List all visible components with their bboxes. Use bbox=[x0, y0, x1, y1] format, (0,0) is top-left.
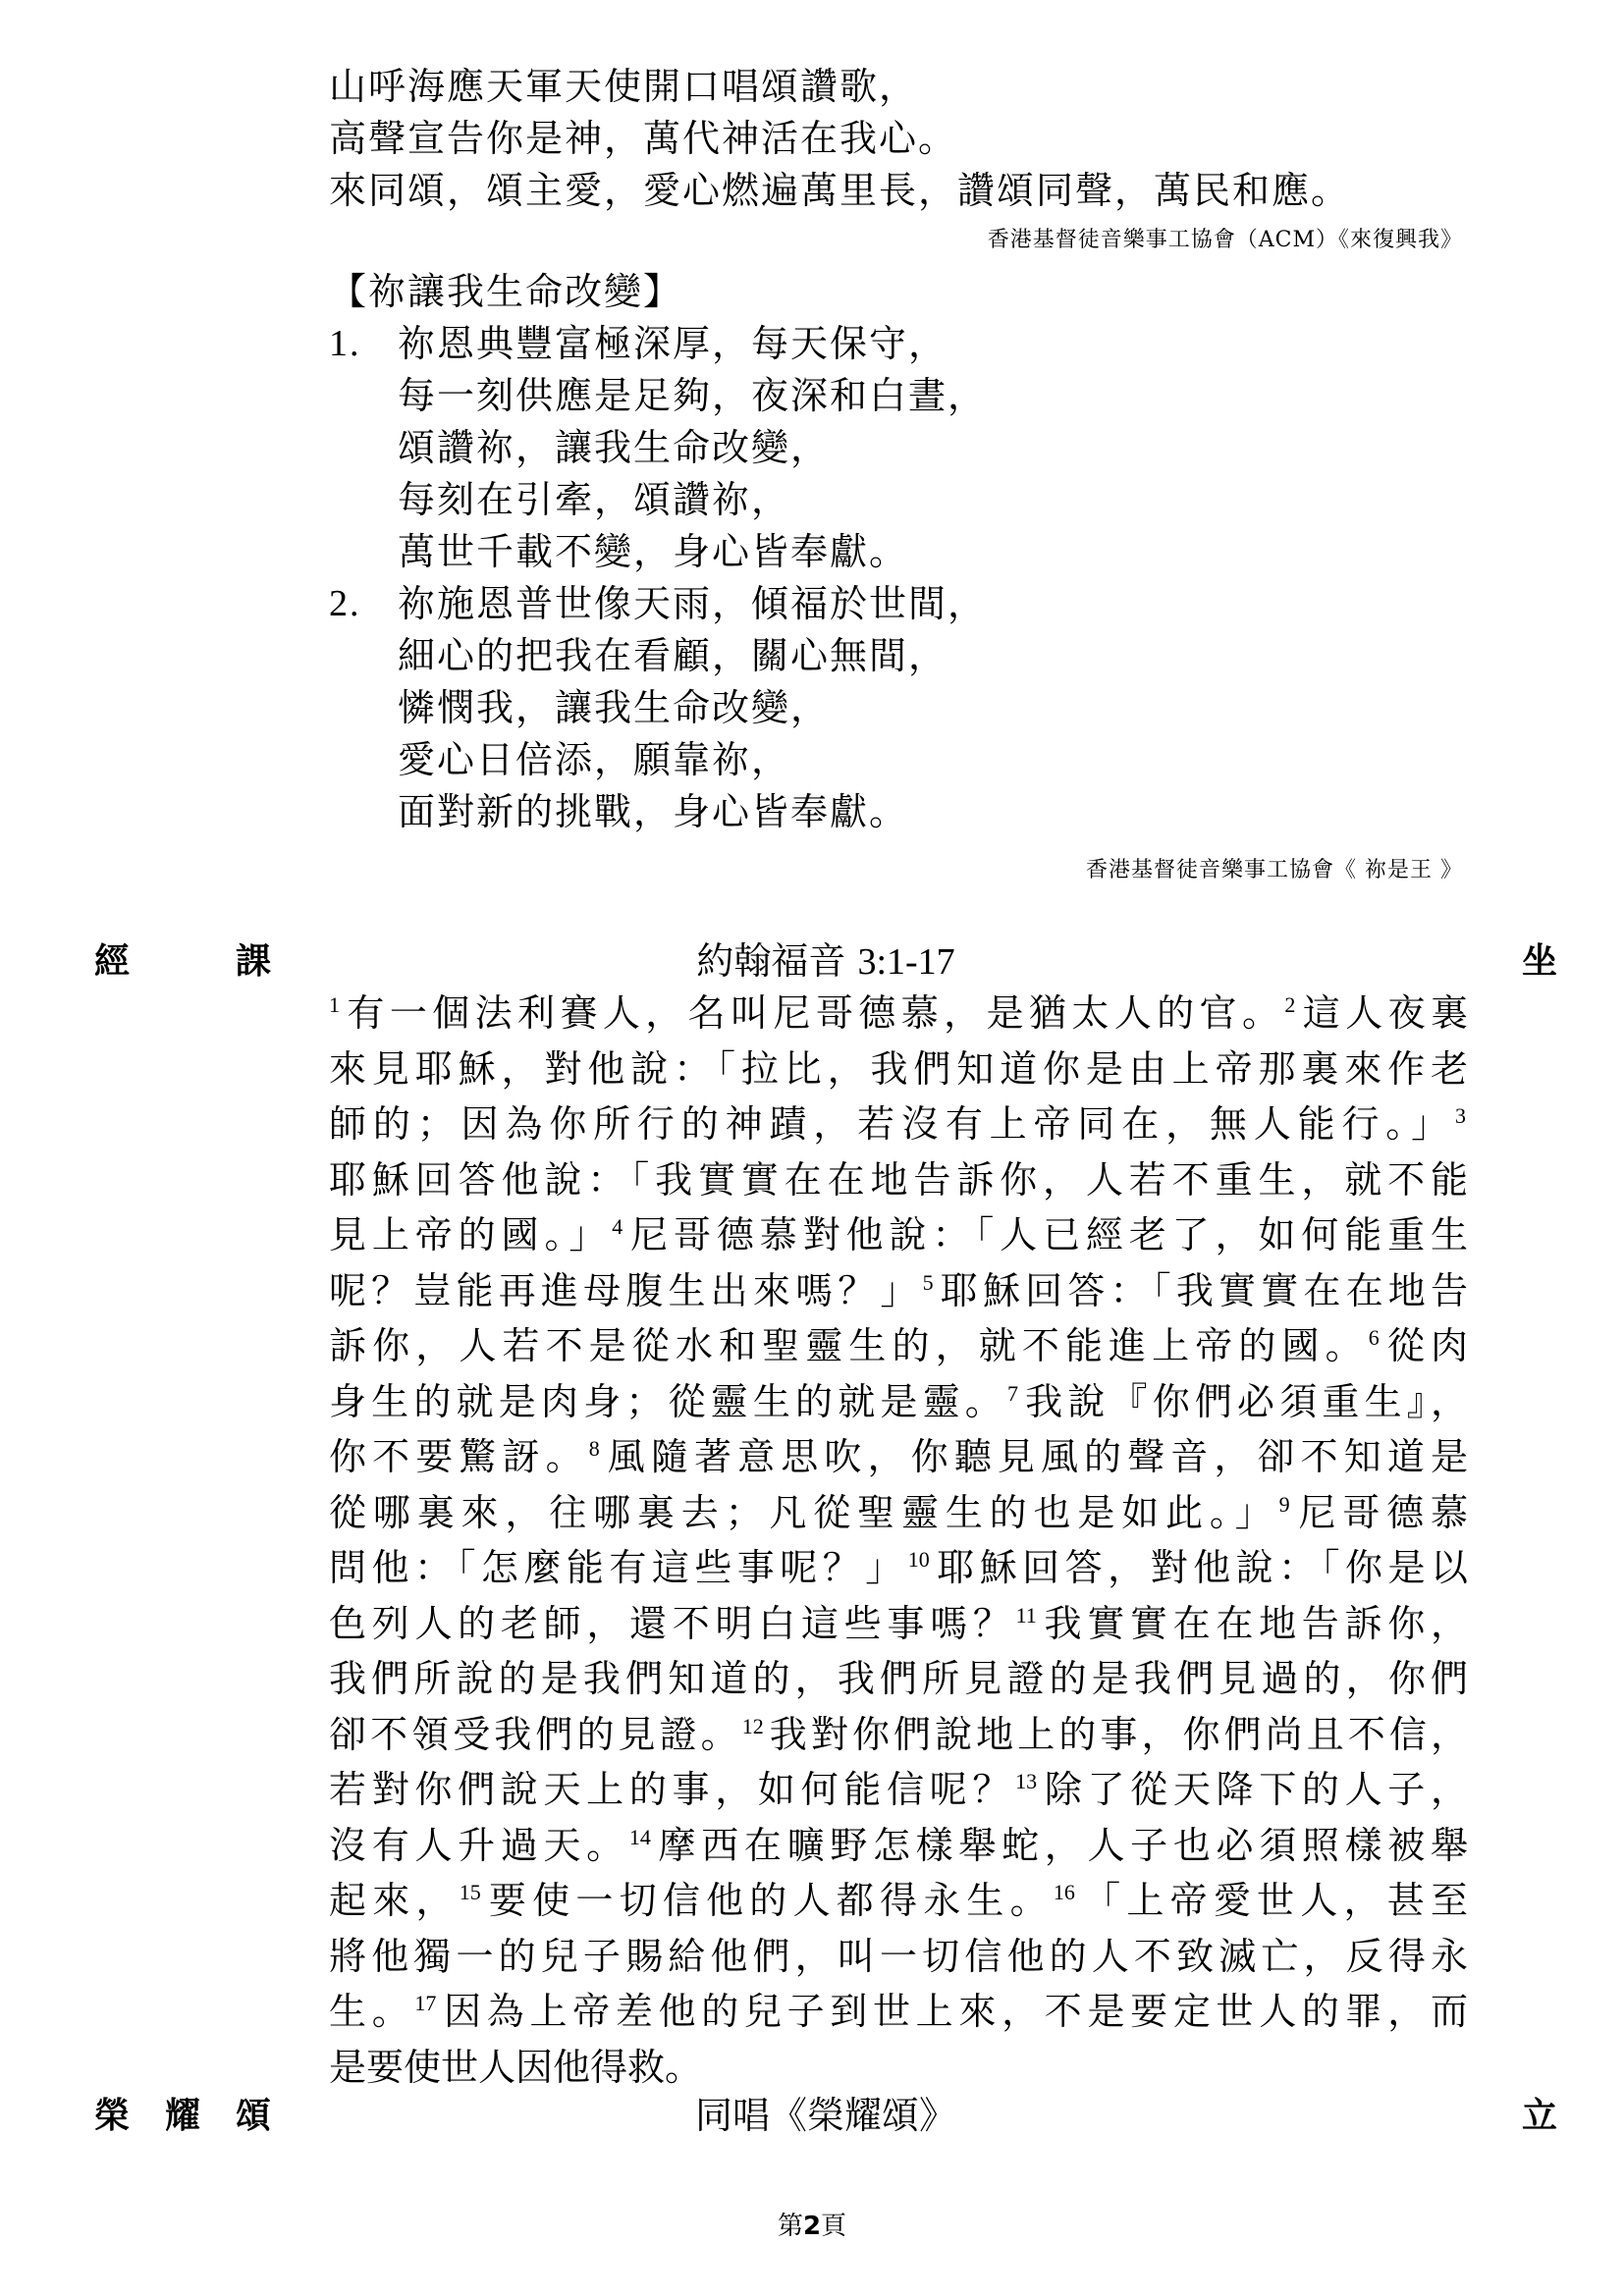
hymn-line: 山呼海應天軍天使開口唱頌讚歌， bbox=[329, 61, 1468, 113]
verse-text: 師的；因為你所行的神蹟，若沒有上帝同在，無人能行。」 bbox=[329, 1102, 1455, 1146]
verse-text: 是要使世人因他得救。 bbox=[329, 2046, 702, 2089]
verse-text: 這人夜裏 bbox=[1297, 991, 1468, 1035]
gloria-instruction: 同唱《榮耀頌》 bbox=[94, 2089, 1557, 2142]
verse-text: 耶穌回答，對他說：「你是以 bbox=[932, 1546, 1468, 1589]
verse-text: 訴你，人若不是從水和聖靈生的，就不能進上帝的國。 bbox=[329, 1324, 1369, 1367]
verse-1: 1. 祢恩典豐富極深厚，每天保守， 每一刻供應是足夠，夜深和白晝， 頌讚祢，讓我… bbox=[329, 318, 1409, 578]
reference-chapter-verse: 3:1-17 bbox=[857, 941, 954, 983]
verse-number: 10 bbox=[908, 1547, 930, 1572]
verse-text: 耶穌回答他說：「我實實在在地告訴你，人若不重生，就不能 bbox=[329, 1158, 1468, 1201]
verse-number: 17 bbox=[414, 1991, 436, 2015]
verse-line: 每刻在引牽，頌讚祢， bbox=[398, 474, 790, 526]
scripture-line: 見上帝的國。」4尼哥德慕對他說：「人已經老了，如何能重生 bbox=[329, 1207, 1468, 1263]
verse-line: 祢施恩普世像天雨，傾福於世間， bbox=[398, 578, 987, 630]
scripture-line: 若對你們說天上的事，如何能信呢？13除了從天降下的人子， bbox=[329, 1762, 1468, 1818]
hymn-line: 來同頌，頌主愛，愛心燃遍萬里長，讚頌同聲，萬民和應。 bbox=[329, 165, 1468, 217]
song-title: 【祢讓我生命改變】 bbox=[329, 267, 682, 316]
verse-number: 6 bbox=[1369, 1325, 1380, 1350]
gloria-header: 榮 耀 頌 同唱《榮耀頌》 立 bbox=[94, 2089, 1557, 2142]
page-suffix: 頁 bbox=[821, 2212, 846, 2241]
verse-number: 1. bbox=[329, 318, 361, 370]
hymn-lyrics-top: 山呼海應天軍天使開口唱頌讚歌， 高聲宣告你是神，萬代神活在我心。 來同頌，頌主愛… bbox=[329, 61, 1468, 217]
verse-text: 我們所說的是我們知道的，我們所見證的是我們見過的，你們 bbox=[329, 1657, 1468, 1700]
scripture-line: 1有一個法利賽人，名叫尼哥德慕，是猶太人的官。2這人夜裏 bbox=[329, 986, 1468, 1041]
verse-line: 祢恩典豐富極深厚，每天保守， bbox=[398, 318, 947, 370]
hymn-credit-second: 香港基督徒音樂事工協會《 祢是王 》 bbox=[1086, 856, 1463, 885]
scripture-line: 問他：「怎麼能有這些事呢？」10耶穌回答，對他說：「你是以 bbox=[329, 1540, 1468, 1596]
verse-text: 問他：「怎麼能有這些事呢？」 bbox=[329, 1546, 908, 1589]
verse-text: 卻不領受我們的見證。 bbox=[329, 1713, 742, 1756]
verse-text: 摩西在曠野怎樣舉蛇，人子也必須照樣被舉 bbox=[653, 1824, 1468, 1867]
scripture-line: 師的；因為你所行的神蹟，若沒有上帝同在，無人能行。」3 bbox=[329, 1096, 1468, 1152]
scripture-line: 從哪裏來，往哪裏去；凡從聖靈生的也是如此。」9尼哥德慕 bbox=[329, 1485, 1468, 1541]
verse-text: 要使一切信他的人都得永生。 bbox=[483, 1879, 1054, 1922]
verse-text: 若對你們說天上的事，如何能信呢？ bbox=[329, 1768, 1015, 1811]
page-footer: 第2頁 bbox=[0, 2209, 1624, 2244]
verse-line: 頌讚祢，讓我生命改變， bbox=[398, 422, 830, 474]
verse-text: 「上帝愛世人，甚至 bbox=[1077, 1879, 1468, 1922]
verse-text: 身生的就是肉身；從靈生的就是靈。 bbox=[329, 1380, 1007, 1423]
verse-text: 有一個法利賽人，名叫尼哥德慕，是猶太人的官。 bbox=[342, 991, 1284, 1035]
scripture-line: 是要使世人因他得救。 bbox=[329, 2040, 1468, 2096]
verse-number: 2 bbox=[1284, 992, 1295, 1017]
verse-text: 我實實在在地告訴你， bbox=[1039, 1602, 1468, 1645]
verse-text: 因為上帝差他的兒子到世上來，不是要定世人的罪，而 bbox=[438, 1990, 1468, 2033]
verse-number: 13 bbox=[1015, 1769, 1037, 1793]
scripture-line: 色列人的老師，還不明白這些事嗎？11我實實在在地告訴你， bbox=[329, 1596, 1468, 1652]
verse-text: 生。 bbox=[329, 1990, 414, 2033]
page-number: 2 bbox=[803, 2212, 821, 2241]
verse-text: 見上帝的國。」 bbox=[329, 1213, 612, 1256]
verse-number: 2. bbox=[329, 578, 361, 630]
verse-number: 16 bbox=[1054, 1880, 1075, 1904]
scripture-line: 來見耶穌，對他說：「拉比，我們知道你是由上帝那裏來作老 bbox=[329, 1041, 1468, 1097]
verse-line: 愛心日倍添，願靠祢， bbox=[398, 734, 790, 786]
page-prefix: 第 bbox=[778, 2212, 803, 2241]
verse-text: 我說『你們必須重生』， bbox=[1020, 1380, 1468, 1423]
posture-indicator: 坐 bbox=[1522, 934, 1557, 988]
scripture-line: 耶穌回答他說：「我實實在在地告訴你，人若不重生，就不能 bbox=[329, 1152, 1468, 1208]
verse-text: 將他獨一的兒子賜給他們，叫一切信他的人不致滅亡，反得永 bbox=[329, 1935, 1468, 1978]
verse-number: 5 bbox=[923, 1270, 934, 1295]
verse-text: 尼哥德慕對他說：「人已經老了，如何能重生 bbox=[624, 1213, 1468, 1256]
reference-book: 約翰福音 bbox=[696, 939, 857, 983]
scripture-reading-header: 經 課 約翰福音 3:1-17 坐 bbox=[94, 934, 1557, 988]
scripture-line: 訴你，人若不是從水和聖靈生的，就不能進上帝的國。6從肉 bbox=[329, 1318, 1468, 1374]
verse-text: 呢？豈能再進母腹生出來嗎？」 bbox=[329, 1269, 923, 1312]
verse-2: 2. 祢施恩普世像天雨，傾福於世間， 細心的把我在看顧，關心無間， 憐憫我，讓我… bbox=[329, 578, 1409, 838]
verse-text: 起來， bbox=[329, 1879, 460, 1922]
scripture-line: 將他獨一的兒子賜給他們，叫一切信他的人不致滅亡，反得永 bbox=[329, 1929, 1468, 1985]
verse-text: 沒有人升過天。 bbox=[329, 1824, 629, 1867]
verse-number: 8 bbox=[589, 1436, 600, 1461]
verse-text: 我對你們說地上的事，你們尚且不信， bbox=[766, 1713, 1468, 1756]
verse-line: 憐憫我，讓我生命改變， bbox=[398, 682, 830, 734]
verse-line: 萬世千載不變，身心皆奉獻。 bbox=[398, 526, 908, 578]
scripture-line: 沒有人升過天。14摩西在曠野怎樣舉蛇，人子也必須照樣被舉 bbox=[329, 1818, 1468, 1874]
verse-line: 每一刻供應是足夠，夜深和白晝， bbox=[398, 370, 987, 422]
scripture-text: 1有一個法利賽人，名叫尼哥德慕，是猶太人的官。2這人夜裏來見耶穌，對他說：「拉比… bbox=[329, 986, 1468, 2095]
verse-number: 11 bbox=[1016, 1603, 1037, 1628]
verse-number: 9 bbox=[1279, 1492, 1290, 1517]
hymn-line: 高聲宣告你是神，萬代神活在我心。 bbox=[329, 113, 1468, 165]
scripture-line: 身生的就是肉身；從靈生的就是靈。7我說『你們必須重生』， bbox=[329, 1374, 1468, 1430]
verse-number: 1 bbox=[329, 992, 340, 1017]
verse-text: 從哪裏來，往哪裏去；凡從聖靈生的也是如此。」 bbox=[329, 1491, 1279, 1534]
verse-number: 15 bbox=[460, 1880, 481, 1904]
verse-text: 除了從天降下的人子， bbox=[1039, 1768, 1468, 1811]
verse-line: 細心的把我在看顧，關心無間， bbox=[398, 630, 947, 682]
scripture-line: 我們所說的是我們知道的，我們所見證的是我們見過的，你們 bbox=[329, 1651, 1468, 1707]
verse-number: 3 bbox=[1455, 1103, 1466, 1128]
verse-number: 4 bbox=[612, 1214, 623, 1239]
bulletin-page: 山呼海應天軍天使開口唱頌讚歌， 高聲宣告你是神，萬代神活在我心。 來同頌，頌主愛… bbox=[0, 0, 1624, 2296]
scripture-line: 你不要驚訝。8風隨著意思吹，你聽見風的聲音，卻不知道是 bbox=[329, 1429, 1468, 1485]
verse-number: 12 bbox=[742, 1714, 764, 1738]
scripture-reference: 約翰福音 3:1-17 bbox=[94, 934, 1557, 988]
verse-text: 從肉 bbox=[1381, 1324, 1468, 1367]
scripture-line: 生。17因為上帝差他的兒子到世上來，不是要定世人的罪，而 bbox=[329, 1984, 1468, 2040]
verse-text: 尼哥德慕 bbox=[1292, 1491, 1468, 1534]
posture-indicator: 立 bbox=[1522, 2089, 1557, 2142]
verse-number: 7 bbox=[1007, 1381, 1018, 1406]
scripture-line: 卻不領受我們的見證。12我對你們說地上的事，你們尚且不信， bbox=[329, 1707, 1468, 1763]
verse-number: 14 bbox=[629, 1825, 651, 1849]
scripture-line: 呢？豈能再進母腹生出來嗎？」5耶穌回答：「我實實在在地告 bbox=[329, 1263, 1468, 1319]
verse-text: 色列人的老師，還不明白這些事嗎？ bbox=[329, 1602, 1016, 1645]
verse-text: 風隨著意思吹，你聽見風的聲音，卻不知道是 bbox=[602, 1435, 1468, 1478]
verse-line: 面對新的挑戰，身心皆奉獻。 bbox=[398, 786, 908, 838]
verse-text: 來見耶穌，對他說：「拉比，我們知道你是由上帝那裏來作老 bbox=[329, 1047, 1468, 1091]
verse-text: 耶穌回答：「我實實在在地告 bbox=[936, 1269, 1468, 1312]
hymn-credit-top: 香港基督徒音樂事工協會（ACM）《來復興我》 bbox=[988, 226, 1463, 255]
scripture-line: 起來，15要使一切信他的人都得永生。16「上帝愛世人，甚至 bbox=[329, 1873, 1468, 1929]
verse-text: 你不要驚訝。 bbox=[329, 1435, 589, 1478]
